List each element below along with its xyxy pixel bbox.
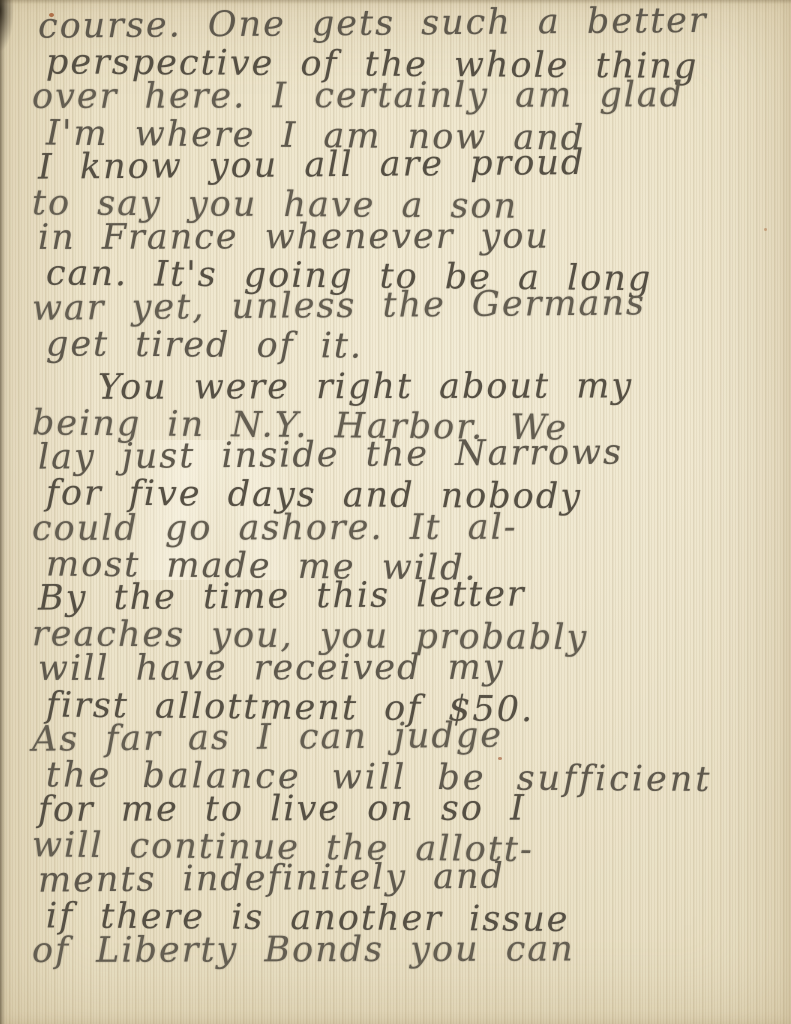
handwritten-line: get tired of it. xyxy=(0,327,791,368)
handwritten-line: course. One gets such a better xyxy=(0,3,791,45)
handwritten-line: war yet, unless the Germans xyxy=(0,285,791,327)
handwritten-line: in France whenever you xyxy=(0,219,791,256)
handwritten-line: You were right about my xyxy=(0,369,791,406)
handwritten-line: By the time this letter xyxy=(0,575,791,617)
handwritten-line: over here. I certainly am glad xyxy=(0,78,791,115)
letter-body: course. One gets such a better perspecti… xyxy=(0,10,791,969)
handwritten-line: As far as I can judge xyxy=(0,716,791,758)
handwritten-line: I know you all are proud xyxy=(0,144,791,186)
handwritten-line: for me to live on so I xyxy=(0,791,791,828)
handwritten-line: lay just inside the Narrows xyxy=(0,434,791,476)
handwritten-line: could go ashore. It al- xyxy=(0,510,791,547)
handwritten-line: of Liberty Bonds you can xyxy=(0,932,791,969)
letter-paper: course. One gets such a better perspecti… xyxy=(0,0,791,1024)
handwritten-line: will have received my xyxy=(0,650,791,687)
handwritten-line: ments indefinitely and xyxy=(0,857,791,899)
scanned-letter-page: { "colors": { "paper": "#eae0c5", "ink":… xyxy=(0,0,791,1024)
